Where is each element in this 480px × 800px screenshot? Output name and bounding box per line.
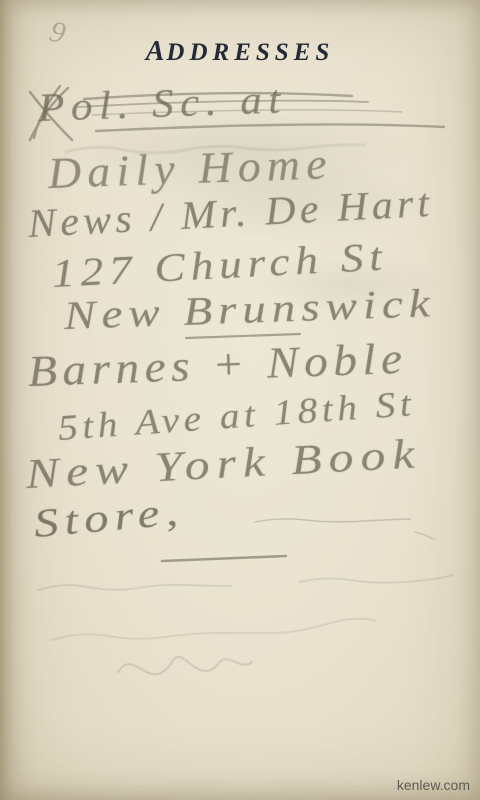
- address-book-page: 9 ADDRESSES Pol. Sc. at Daily Home News …: [0, 0, 480, 800]
- page-title: ADDRESSES: [0, 36, 480, 68]
- erased-pencil-writing: [38, 575, 453, 674]
- handwritten-entry: Store,: [32, 491, 185, 544]
- watermark: kenlew.com: [397, 777, 470, 793]
- handwritten-entry: Barnes + Noble: [27, 337, 408, 394]
- handwritten-entry-crossed-out: Pol. Sc. at: [37, 79, 287, 128]
- pencil-divider: [162, 556, 286, 561]
- handwritten-entry: New Brunswick: [63, 283, 436, 336]
- faint-pencil-marks: [255, 519, 435, 540]
- page-binding-edge: [0, 0, 14, 800]
